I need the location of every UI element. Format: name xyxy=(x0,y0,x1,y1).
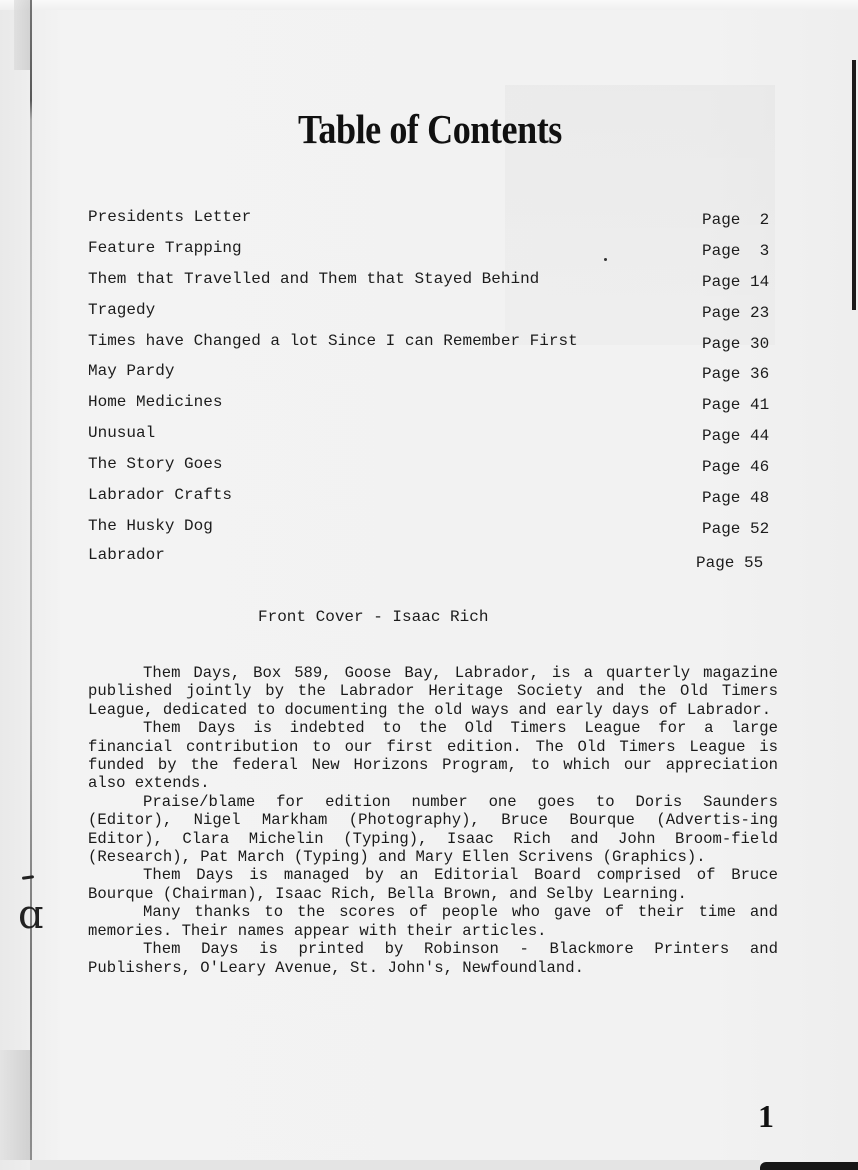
toc-entry-title: The Story Goes xyxy=(88,451,222,477)
toc-entry-title: Unusual xyxy=(88,420,155,446)
binding-edge-line xyxy=(30,0,32,1160)
toc-entry-page: Page 48 xyxy=(702,485,769,511)
toc-entry: Them that Travelled and Them that Stayed… xyxy=(88,266,780,297)
stray-ink-dot xyxy=(604,258,607,261)
toc-page-label: Page xyxy=(702,489,740,507)
toc-entry-title: Tragedy xyxy=(88,297,155,323)
toc-entry-page: Page 2 xyxy=(702,207,769,233)
toc-page-number: 44 xyxy=(750,427,769,445)
toc-page-label: Page xyxy=(702,273,740,291)
toc-entry-title: Presidents Letter xyxy=(88,204,251,230)
toc-entry-page: Page 55 xyxy=(696,550,763,576)
binding-shadow-top xyxy=(14,0,30,70)
toc-entry: Home Medicines Page 41 xyxy=(88,389,780,420)
toc-page-label: Page xyxy=(702,520,740,538)
toc-entry: The Story Goes Page 46 xyxy=(88,451,780,482)
toc-entry-page: Page 52 xyxy=(702,516,769,542)
toc-page-number: 30 xyxy=(750,335,769,353)
toc-entry-title: The Husky Dog xyxy=(88,513,213,539)
paragraph-thanks: Many thanks to the scores of people who … xyxy=(88,903,778,940)
toc-page-number: 52 xyxy=(750,520,769,538)
toc-entry: Labrador Crafts Page 48 xyxy=(88,482,780,513)
toc-entry-page: Page 36 xyxy=(702,361,769,387)
toc-entry-title: Labrador xyxy=(88,542,165,568)
toc-page-label: Page xyxy=(702,427,740,445)
page-title: Table of Contents xyxy=(52,105,807,153)
paragraph-publisher-info: Them Days, Box 589, Goose Bay, Labrador,… xyxy=(88,664,778,719)
front-cover-credit: Front Cover - Isaac Rich xyxy=(258,608,488,626)
page-bottom-edge xyxy=(30,1160,760,1170)
toc-page-number: 3 xyxy=(760,242,770,260)
toc-entry: May Pardy Page 36 xyxy=(88,358,780,389)
toc-page-number: 55 xyxy=(744,554,763,572)
handwritten-mark: ɑ xyxy=(18,895,44,935)
toc-page-label: Page xyxy=(702,396,740,414)
toc-entry-title: Labrador Crafts xyxy=(88,482,232,508)
toc-page-label: Page xyxy=(702,335,740,353)
toc-entry-page: Page 14 xyxy=(702,269,769,295)
toc-page-label: Page xyxy=(702,242,740,260)
toc-entry: The Husky Dog Page 52 xyxy=(88,513,780,544)
toc-page-number: 23 xyxy=(750,304,769,322)
toc-page-number: 48 xyxy=(750,489,769,507)
toc-page-label: Page xyxy=(702,458,740,476)
toc-page-label: Page xyxy=(702,211,740,229)
toc-entry-title: Home Medicines xyxy=(88,389,222,415)
toc-page-label: Page xyxy=(702,365,740,383)
page-top-edge xyxy=(0,0,858,10)
toc-entry: Labrador Page 55 xyxy=(88,544,780,575)
right-page-edge xyxy=(852,60,856,310)
toc-page-label: Page xyxy=(702,304,740,322)
handwritten-mark-dash xyxy=(22,875,34,880)
toc-page-number: 46 xyxy=(750,458,769,476)
toc-entry-title: May Pardy xyxy=(88,358,174,384)
toc-page-number: 41 xyxy=(750,396,769,414)
toc-page-number: 2 xyxy=(760,211,770,229)
toc-entry-page: Page 46 xyxy=(702,454,769,480)
toc-entry-title: Feature Trapping xyxy=(88,235,242,261)
toc-entry-page: Page 23 xyxy=(702,300,769,326)
paragraph-credits: Praise/blame for edition number one goes… xyxy=(88,793,778,867)
binding-shadow-bottom xyxy=(0,1050,30,1160)
masthead-text: Them Days, Box 589, Goose Bay, Labrador,… xyxy=(88,664,778,977)
toc-entry-title: Times have Changed a lot Since I can Rem… xyxy=(88,328,578,354)
table-of-contents: Presidents Letter Page 2 Feature Trappin… xyxy=(88,204,780,575)
toc-entry-page: Page 30 xyxy=(702,331,769,357)
toc-entry-page: Page 3 xyxy=(702,238,769,264)
toc-entry: Tragedy Page 23 xyxy=(88,297,780,328)
bottom-right-page-edge xyxy=(760,1162,858,1170)
scanned-page: ɑ Table of Contents Presidents Letter Pa… xyxy=(0,0,858,1170)
paragraph-printer: Them Days is printed by Robinson - Black… xyxy=(88,940,778,977)
toc-page-label: Page xyxy=(696,554,734,572)
toc-entry-page: Page 41 xyxy=(702,392,769,418)
toc-page-number: 36 xyxy=(750,365,769,383)
page-number: 1 xyxy=(758,1098,774,1135)
toc-entry: Times have Changed a lot Since I can Rem… xyxy=(88,328,780,359)
toc-page-number: 14 xyxy=(750,273,769,291)
toc-entry-title: Them that Travelled and Them that Stayed… xyxy=(88,266,539,292)
toc-entry-page: Page 44 xyxy=(702,423,769,449)
toc-entry: Presidents Letter Page 2 xyxy=(88,204,780,235)
paragraph-funding: Them Days is indebted to the Old Timers … xyxy=(88,719,778,793)
paragraph-editorial-board: Them Days is managed by an Editorial Boa… xyxy=(88,866,778,903)
toc-entry: Feature Trapping Page 3 xyxy=(88,235,780,266)
toc-entry: Unusual Page 44 xyxy=(88,420,780,451)
